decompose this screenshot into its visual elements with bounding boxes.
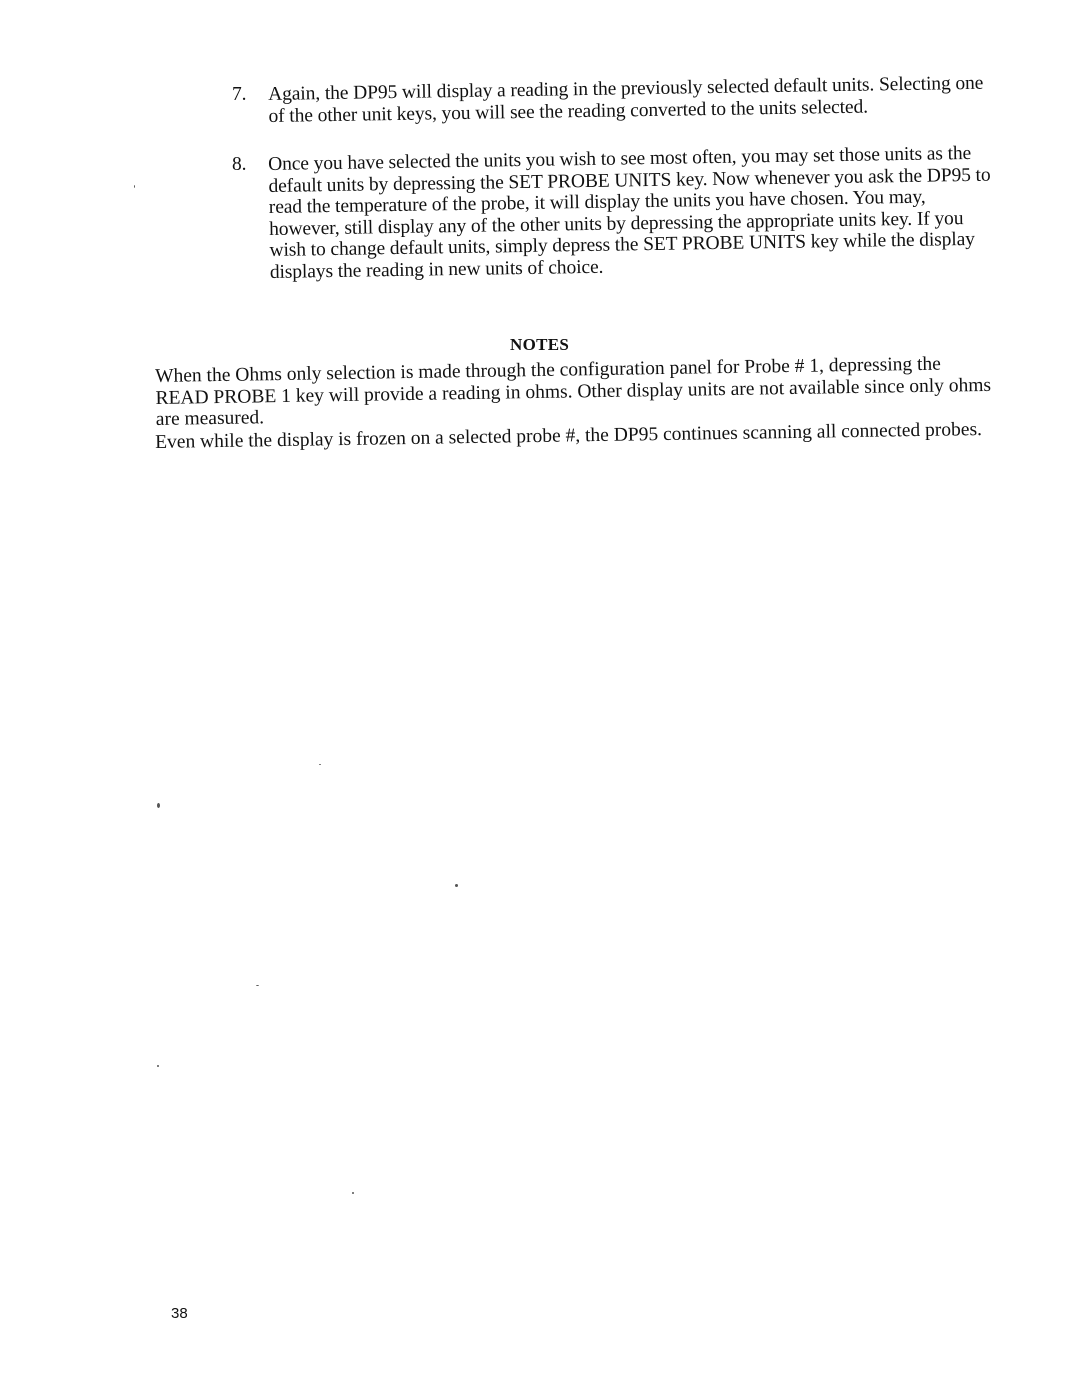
- notes-heading: NOTES: [510, 335, 569, 355]
- list-item-text: Once you have selected the units you wis…: [268, 143, 994, 283]
- scan-speck: [455, 884, 458, 887]
- scan-speck: [157, 1065, 159, 1067]
- manual-page: 7. Again, the DP95 will display a readin…: [0, 0, 1080, 1397]
- note-paragraph-ohms: When the Ohms only selection is made thr…: [155, 353, 996, 431]
- list-item-number: 8.: [232, 154, 246, 176]
- list-item-8: 8. Once you have selected the units you …: [232, 154, 992, 283]
- list-item-number: 7.: [232, 84, 246, 106]
- scan-speck: [256, 985, 259, 986]
- list-item-text: Again, the DP95 will display a reading i…: [268, 73, 993, 127]
- scan-speck: [134, 185, 135, 188]
- list-item-7: 7. Again, the DP95 will display a readin…: [232, 84, 992, 127]
- scan-speck: [319, 764, 321, 765]
- page-number: 38: [171, 1305, 188, 1322]
- scan-speck: [157, 803, 160, 808]
- scan-speck: [352, 1192, 354, 1194]
